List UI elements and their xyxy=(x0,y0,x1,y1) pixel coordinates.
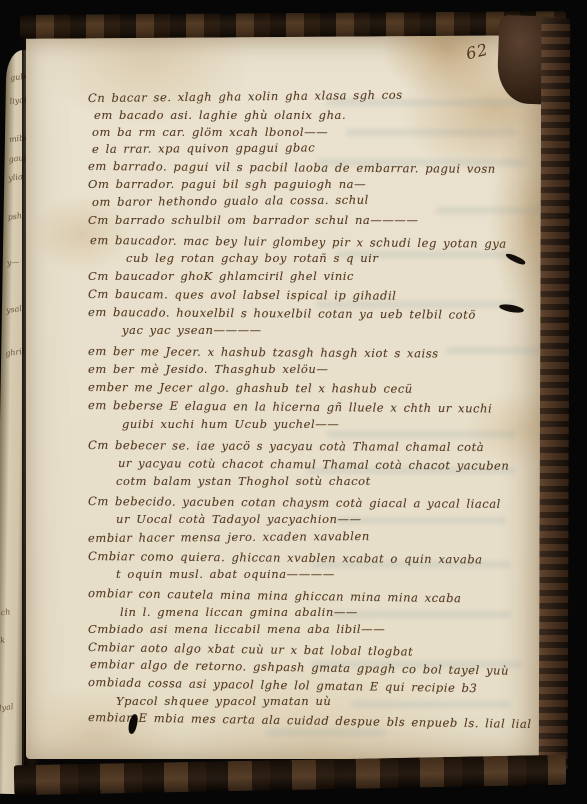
manuscript-line: embiar hacer mensa jero. xcaden xavablen xyxy=(88,530,370,545)
manuscript-line: embiar algo de retorno. gshpash gmata gp… xyxy=(90,658,509,678)
manuscript-line: embiar E mbia mes carta ala cuidad despu… xyxy=(88,711,532,731)
manuscript-line: Cmbiado asi mena liccabil mena aba libil… xyxy=(88,623,385,636)
manuscript-line: ur Uocal cotà Tadayol yacyachion—— xyxy=(116,513,362,526)
text-layer: Cn bacar se. xlagh gha xolin gha xlasa s… xyxy=(0,0,587,804)
manuscript-line: em ber mè Jesido. Thasghub xelöu— xyxy=(88,363,328,376)
manuscript-line: Om barrador. pagui bil sgh paguiogh na— xyxy=(88,178,366,191)
manuscript-line: cub leg rotan gchay boy rotañ s q uir xyxy=(126,252,378,265)
manuscript-line: e la rrar. xpa quivon gpagui gbac xyxy=(92,141,315,156)
manuscript-line: em bacado asi. laghie ghù olanix gha. xyxy=(94,109,346,122)
manuscript-line: om ba rm car. glöm xcah lbonol—— xyxy=(92,126,328,139)
manuscript-line: ur yacyau cotù chacot chamul Thamal cotà… xyxy=(118,457,509,473)
photo-frame: gulxmliyaimibagaujyliapshy—ysalghrilchkl… xyxy=(0,0,587,804)
manuscript-line: om baror hethondo gualo ala cossa. schul xyxy=(92,194,369,209)
manuscript-line: ombiar con cautela mina mina ghiccan min… xyxy=(88,587,462,605)
manuscript-line: cotm balam ystan Thoghol sotù chacot xyxy=(116,475,371,488)
manuscript-line: em baucado. houxelbil s houxelbil cotan … xyxy=(88,306,476,322)
manuscript-line: Ypacol shquee ypacol ymatan uù xyxy=(116,695,331,708)
manuscript-line: t oquin musl. abat oquina———— xyxy=(116,568,335,581)
manuscript-line: ombiada cossa asi ypacol lghe lol gmatan… xyxy=(88,676,478,695)
manuscript-line: em beberse E elagua en la hicerna gñ llu… xyxy=(88,399,492,416)
manuscript-line: yac yac ysean———— xyxy=(122,324,262,337)
manuscript-line: Cm bebecido. yacuben cotan chaysm cotà g… xyxy=(88,495,501,511)
manuscript-line: Cn bacar se. xlagh gha xolin gha xlasa s… xyxy=(88,89,403,105)
manuscript-line: em baucador. mac bey luir glombey pir x … xyxy=(90,234,507,251)
manuscript-line: Cm bebecer se. iae yacö s yacyau cotà Th… xyxy=(88,439,484,454)
manuscript-line: Cm baucador ghoK ghlamciril ghel vinic xyxy=(88,270,354,283)
manuscript-line: guibi xuchi hum Ucub yuchel—— xyxy=(122,418,339,431)
manuscript-line: em barrado. pagui vil s pacbil laoba de … xyxy=(88,160,496,176)
manuscript-line: ember me Jecer algo. ghashub tel x hashu… xyxy=(88,381,413,396)
manuscript-line: Cmbiar como quiera. ghiccan xvablen xcab… xyxy=(88,550,483,566)
manuscript-line: Cm barrado schulbil om barrador schul na… xyxy=(88,214,419,227)
manuscript-line: Cmbiar aoto algo xbat cuù ur x bat lobal… xyxy=(88,641,413,659)
manuscript-line: lin l. gmena liccan gmina abalin—— xyxy=(120,606,358,619)
manuscript-line: em ber me Jecer. x hashub tzasgh hasgh x… xyxy=(88,345,439,360)
manuscript-line: Cm baucam. ques avol labsel ispical ip g… xyxy=(88,288,397,303)
